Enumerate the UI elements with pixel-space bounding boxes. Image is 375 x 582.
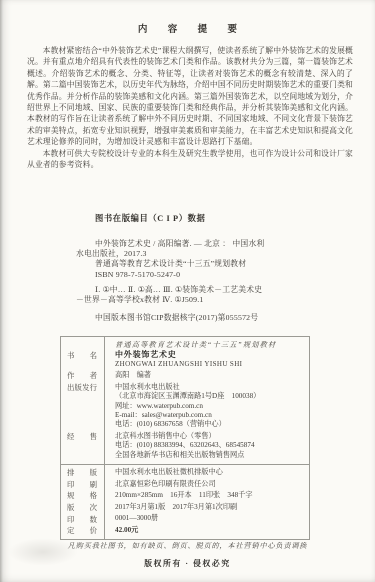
cip-isbn-line: ISBN 978-7-5170-5247-0 [76,270,316,280]
printing-line: 北京嘉恒彩色印刷有限责任公司 [115,480,216,489]
table-row-price: 定价 42.00元 [61,526,309,536]
table-column-divider [104,337,105,539]
distributor-name-line: 北京科水图书销售中心（零售） [115,432,255,441]
cip-title-author-line: 中外装饰艺术史 / 高阳编著. — 北京 ： 中国水利 [76,239,316,249]
row-label: 版次 [67,503,104,513]
table-row-format: 规格 210mm×285mm 16开本 11印张 348千字 [61,491,309,501]
edition-line: 2017年3月第1版 2017年3月第1次印刷 [115,503,237,512]
cip-data-block: 中外装饰艺术史 / 高阳编著. — 北京 ： 中国水利 水电出版社，2017.3… [76,239,316,323]
row-label: 排版 [67,468,104,478]
row-content: 北京嘉恒彩色印刷有限责任公司 [104,480,216,489]
table-row-publisher: 出版发行 中国水利水电出版社 （北京市海淀区玉渊潭南路1号D座 100038） … [61,383,309,430]
print-run-line: 0001—3000册 [115,514,158,523]
scan-edge-shadow [0,0,3,582]
author-line: 高阳 编著 [115,371,151,380]
book-title-pinyin: ZHONGWAI ZHUANGSHI YISHU SHI [115,360,276,369]
content-summary-title: 内 容 提 要 [0,21,375,35]
colophon-section-1: 书名 普通高等教育艺术设计类“十三五”规划教材 中外装饰艺术史 ZHONGWAI… [61,337,309,464]
cip-section-title: 图书在版编目（C I P）数据 [95,212,205,224]
distributor-phone-line: 电话：(010) 88383994、63202643、68545874 [115,441,255,450]
cip-classification-line-2: －世界－高等学校x教材 Ⅳ. ①J509.1 [76,295,316,305]
publisher-website-line: 网址：www.waterpub.com.cn [115,402,260,411]
row-label: 印数 [67,514,104,524]
publisher-name-line: 中国水利水电出版社 [115,383,260,392]
copyright-page: 内 容 提 要 本教材紧密结合“中外装饰艺术史”课程大纲撰写，使读者系统了解中外… [0,0,375,582]
summary-paragraph-2: 本教材可供大专院校设计专业的本科生及研究生教学使用，也可作为设计公司和设计厂家从… [27,148,353,171]
cip-classification-line-1: Ⅰ. ①中… Ⅱ. ①高… Ⅲ. ①装饰美术－工艺美术史 [76,285,316,295]
row-content: 42.00元 [104,526,138,535]
replacement-policy-note: 凡购买我社图书，如有缺页、倒页、脱页的，本社营销中心负责调换 [0,541,375,551]
content-summary-body: 本教材紧密结合“中外装饰艺术史”课程大纲撰写，使读者系统了解中外装饰艺术的发展概… [27,45,353,170]
summary-paragraph-1: 本教材紧密结合“中外装饰艺术史”课程大纲撰写，使读者系统了解中外装饰艺术的发展概… [27,45,353,148]
price-line: 42.00元 [115,526,138,535]
row-content: 普通高等教育艺术设计类“十三五”规划教材 中外装饰艺术史 ZHONGWAI ZH… [104,341,276,369]
row-content: 210mm×285mm 16开本 11印张 348千字 [104,491,253,500]
row-label: 规格 [67,491,104,501]
row-content: 北京科水图书销售中心（零售） 电话：(010) 88383994、6320264… [104,432,255,460]
table-row-edition: 版次 2017年3月第1版 2017年3月第1次印刷 [61,503,309,513]
series-title-line: 普通高等教育艺术设计类“十三五”规划教材 [115,341,276,350]
book-title-line: 中外装饰艺术史 [115,350,276,359]
row-content: 高阳 编著 [104,371,151,380]
row-content: 2017年3月第1版 2017年3月第1次印刷 [104,503,237,512]
colophon-section-2: 排版 中国水利水电出版社微机排版中心 印刷 北京嘉恒彩色印刷有限责任公司 规格 … [61,464,309,539]
cip-record-number: 中国版本图书馆CIP数据核字(2017)第055572号 [76,313,316,323]
table-row-typesetting: 排版 中国水利水电出版社微机排版中心 [61,468,309,478]
row-label: 书名 [67,341,104,360]
typesetting-line: 中国水利水电出版社微机排版中心 [115,468,223,477]
row-label: 出版发行 [67,383,104,393]
row-label: 经售 [67,432,104,442]
table-row-printing: 印刷 北京嘉恒彩色印刷有限责任公司 [61,480,309,490]
format-line: 210mm×285mm 16开本 11印张 348千字 [115,491,253,500]
table-row-print-run: 印数 0001—3000册 [61,514,309,524]
row-label: 定价 [67,526,104,536]
cip-publisher-line: 水电出版社，2017.3 [76,249,316,259]
table-row-book-title: 书名 普通高等教育艺术设计类“十三五”规划教材 中外装饰艺术史 ZHONGWAI… [61,341,309,369]
publisher-phone-line: 电话：(010) 68367658（营销中心） [115,420,260,429]
row-label: 印刷 [67,480,104,490]
row-content: 中国水利水电出版社 （北京市海淀区玉渊潭南路1号D座 100038） 网址：ww… [104,383,260,430]
publisher-address-line: （北京市海淀区玉渊潭南路1号D座 100038） [115,392,260,401]
colophon-table: 书名 普通高等教育艺术设计类“十三五”规划教材 中外装饰艺术史 ZHONGWAI… [60,336,310,540]
row-label: 作者 [67,371,104,381]
distributor-network-line: 全国各地新华书店和相关出版物销售网点 [115,451,255,460]
table-row-distributor: 经售 北京科水图书销售中心（零售） 电话：(010) 88383994、6320… [61,432,309,460]
cip-series-line: 普通高等教育艺术设计类“十三五”规划教材 [76,259,316,269]
row-content: 0001—3000册 [104,514,158,523]
row-content: 中国水利水电出版社微机排版中心 [104,468,223,477]
table-row-author: 作者 高阳 编著 [61,371,309,381]
copyright-notice: 版权所有 · 侵权必究 [0,558,375,569]
